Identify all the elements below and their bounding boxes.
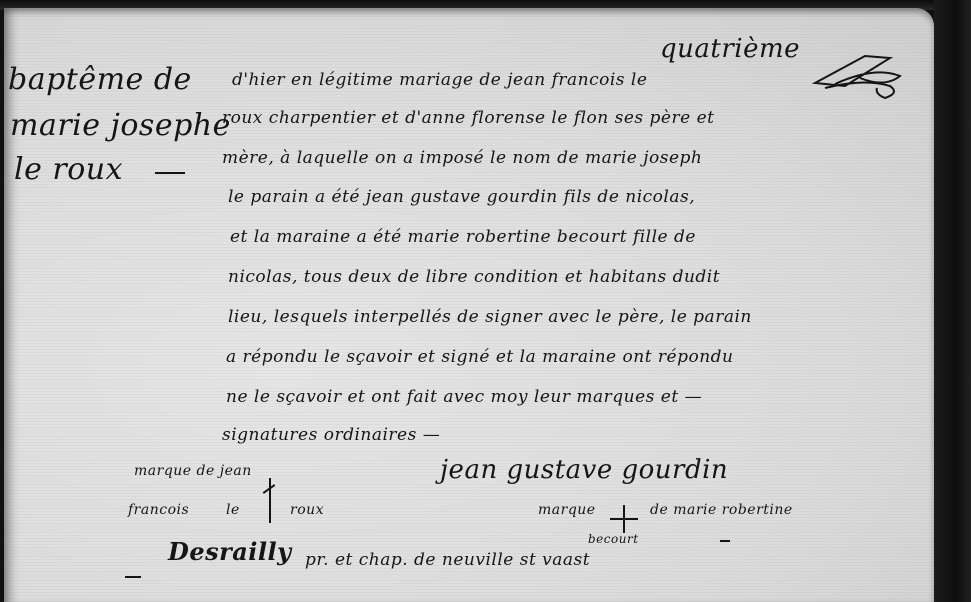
paraph-flourish-icon xyxy=(805,48,905,108)
body-line-7: lieu, lesquels interpellés de signer ave… xyxy=(228,307,752,327)
body-line-4: le parain a été jean gustave gourdin fil… xyxy=(228,187,695,207)
godmother-cross-mark-bar xyxy=(610,518,638,520)
godmother-dash xyxy=(720,540,730,542)
book-binding-edge xyxy=(934,0,971,602)
bottom-dash xyxy=(125,576,141,578)
body-line-6: nicolas, tous deux de libre condition et… xyxy=(228,267,720,287)
body-line-1: d'hier en légitime mariage de jean franc… xyxy=(232,70,647,90)
body-line-8: a répondu le sçavoir et signé et la mara… xyxy=(226,347,734,367)
body-line-9: ne le sçavoir et ont fait avec moy leur … xyxy=(226,387,702,407)
godmother-mark-label: marque xyxy=(538,502,596,518)
father-cross-mark-icon xyxy=(269,478,271,523)
scanned-register-image: quatrième baptême de marie josephe le ro… xyxy=(0,0,971,602)
body-line-3: mère, à laquelle on a imposé le nom de m… xyxy=(222,148,702,168)
body-line-2: roux charpentier et d'anne florense le f… xyxy=(222,108,714,128)
godmother-mark-surname: becourt xyxy=(588,532,639,546)
priest-title: pr. et chap. de neuville st vaast xyxy=(305,550,590,570)
margin-note-line-2: marie josephe xyxy=(10,108,231,143)
margin-dash xyxy=(155,172,185,174)
godmother-mark-name: de marie robertine xyxy=(650,502,793,518)
priest-signature: Desrailly xyxy=(168,537,292,566)
godfather-signature: jean gustave gourdin xyxy=(440,455,728,485)
father-mark-label: marque de jean xyxy=(134,463,252,479)
entry-ordinal-heading: quatrième xyxy=(660,34,800,64)
margin-note-line-3: le roux xyxy=(14,152,123,187)
body-line-10: signatures ordinaires — xyxy=(222,425,440,445)
body-line-5: et la maraine a été marie robertine beco… xyxy=(230,227,696,247)
father-mark-name-last: roux xyxy=(290,502,324,518)
father-mark-name-le: le xyxy=(226,502,240,518)
margin-note-line-1: baptême de xyxy=(8,62,192,97)
father-mark-name-first: francois xyxy=(128,502,189,518)
